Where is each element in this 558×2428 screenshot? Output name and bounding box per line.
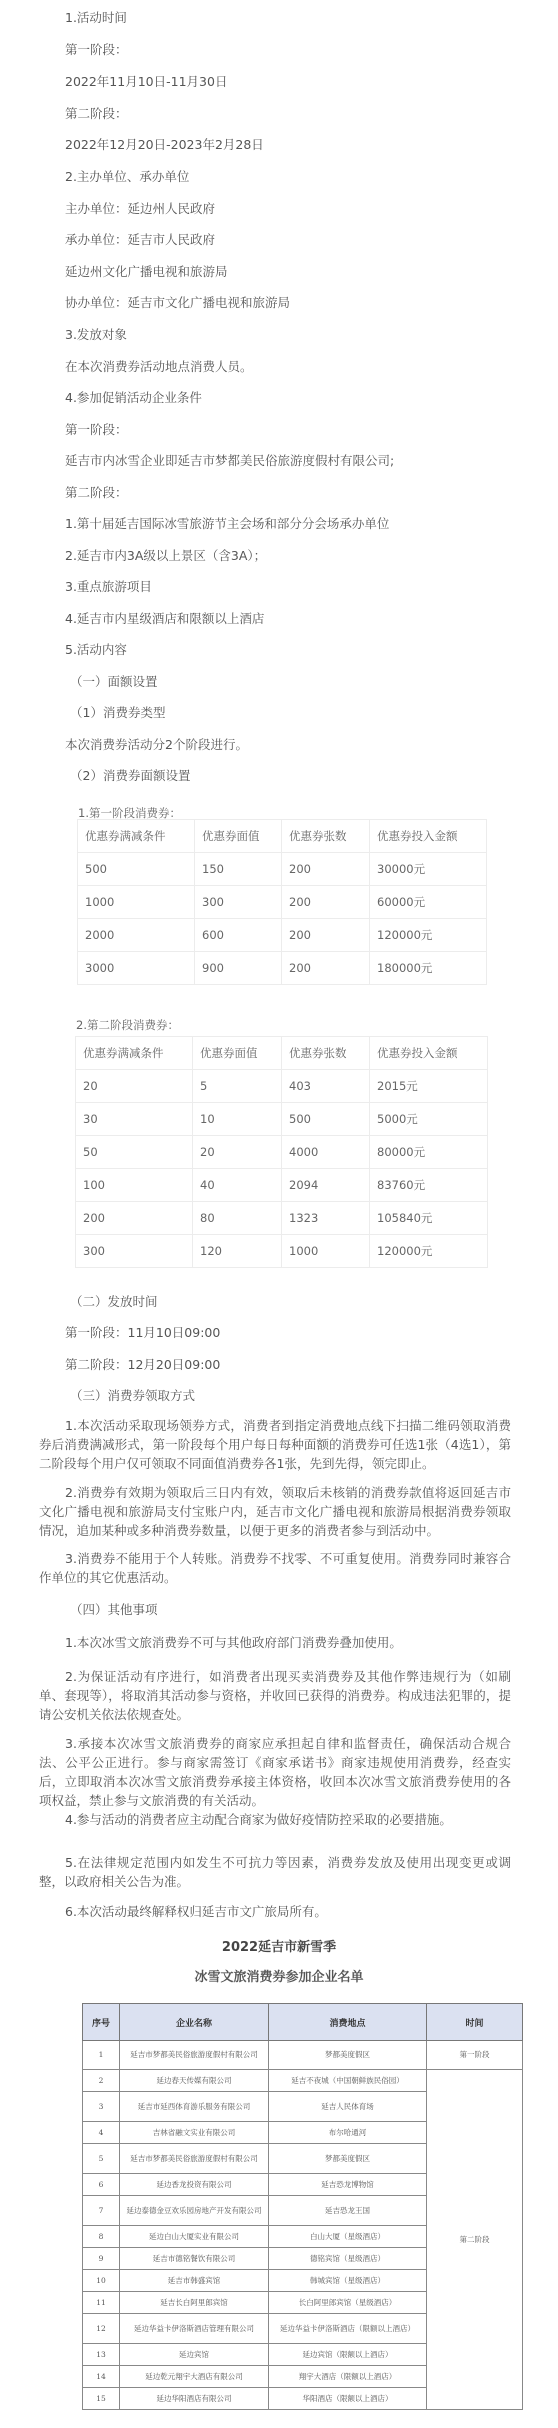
cell: 120 bbox=[193, 1235, 282, 1268]
cell: 200 bbox=[76, 1202, 193, 1235]
cell-company: 延吉市延西体育游乐服务有限公司 bbox=[120, 2092, 269, 2122]
cell: 1000 bbox=[78, 886, 195, 919]
cell: 5000元 bbox=[370, 1103, 488, 1136]
header-cell: 序号 bbox=[83, 2004, 120, 2041]
cell-company: 延吉市梦都美民俗旅游度假村有限公司 bbox=[120, 2144, 269, 2174]
table-row: 1000 300 200 60000元 bbox=[78, 886, 487, 919]
table-row: 500 150 200 30000元 bbox=[78, 853, 487, 886]
cell: 500 bbox=[282, 1103, 370, 1136]
cell-company: 延边白山大厦实业有限公司 bbox=[120, 2226, 269, 2248]
cell-location: 翔宇大酒店（限额以上酒店） bbox=[269, 2366, 427, 2388]
cell-index: 11 bbox=[83, 2292, 120, 2314]
organizer-unit-2: 延边州文化广播电视和旅游局 bbox=[65, 263, 228, 281]
cell: 2094 bbox=[282, 1169, 370, 1202]
phase2-label: 第二阶段： bbox=[65, 105, 128, 123]
cell: 40 bbox=[193, 1169, 282, 1202]
host-unit: 主办单位：延边州人民政府 bbox=[65, 200, 215, 218]
enterprise-list-title-1: 2022延吉市新雪季 bbox=[0, 1936, 558, 1955]
cell-index: 7 bbox=[83, 2196, 120, 2226]
cell-company: 延吉市韩盛宾馆 bbox=[120, 2270, 269, 2292]
subheading-other-matters: （四）其他事项 bbox=[70, 1601, 158, 1619]
phase2-coupon-table: 优惠券满减条件 优惠券面值 优惠券张数 优惠券投入金额 20 5 403 201… bbox=[75, 1036, 488, 1268]
table-row: 200 80 1323 105840元 bbox=[76, 1202, 488, 1235]
cell: 1000 bbox=[282, 1235, 370, 1268]
cell-company: 延吉市德铭餐饮有限公司 bbox=[120, 2248, 269, 2270]
coupon-type-text: 本次消费券活动分2个阶段进行。 bbox=[65, 736, 248, 754]
other-paragraph-2: 2.为保证活动有序进行，如消费者出现买卖消费券及其他作弊违规行为（如刷单、套现等… bbox=[39, 1667, 511, 1724]
other-paragraph-6: 6.本次活动最终解释权归延吉市文广旅局所有。 bbox=[39, 1902, 511, 1921]
cell-location: 梦都美度假区 bbox=[269, 2041, 427, 2070]
header-cell: 优惠券投入金额 bbox=[370, 820, 487, 853]
cell-phase: 第一阶段 bbox=[427, 2041, 523, 2070]
table-row: 30 10 500 5000元 bbox=[76, 1103, 488, 1136]
cell: 60000元 bbox=[370, 886, 487, 919]
cell: 300 bbox=[76, 1235, 193, 1268]
header-cell: 时间 bbox=[427, 2004, 523, 2041]
table-row: 300 120 1000 120000元 bbox=[76, 1235, 488, 1268]
enterprise-list-title-2: 冰雪文旅消费券参加企业名单 bbox=[0, 1966, 558, 1985]
conditions-phase1-label: 第一阶段： bbox=[65, 421, 128, 439]
cell-location: 韩城宾馆（星级酒店） bbox=[269, 2270, 427, 2292]
conditions-phase2-label: 第二阶段： bbox=[65, 484, 128, 502]
cell-location: 延吉人民体育场 bbox=[269, 2092, 427, 2122]
subheading-issue-time: （二）发放时间 bbox=[70, 1293, 158, 1311]
section-heading-activity-time: 1.活动时间 bbox=[65, 9, 127, 27]
subheading-denomination: （一）面额设置 bbox=[70, 673, 158, 691]
cell-index: 6 bbox=[83, 2174, 120, 2196]
section-heading-content: 5.活动内容 bbox=[65, 641, 127, 659]
table-row: 20 5 403 2015元 bbox=[76, 1070, 488, 1103]
table-row: 50 20 4000 80000元 bbox=[76, 1136, 488, 1169]
cell-phase: 第二阶段 bbox=[427, 2070, 523, 2410]
cell-company: 延边泰德金豆欢乐园房地产开发有限公司 bbox=[120, 2196, 269, 2226]
cell-company: 吉林省融文实业有限公司 bbox=[120, 2122, 269, 2144]
header-cell: 优惠券面值 bbox=[193, 1037, 282, 1070]
cell-company: 延吉长白阿里郎宾馆 bbox=[120, 2292, 269, 2314]
cell-location: 梦都美度假区 bbox=[269, 2144, 427, 2174]
table-row: 2 延边春天传媒有限公司 延吉不夜城（中国朝鲜族民俗园） 第二阶段 bbox=[83, 2070, 523, 2092]
table-row: 1 延吉市梦都美民俗旅游度假村有限公司 梦都美度假区 第一阶段 bbox=[83, 2041, 523, 2070]
cell: 3000 bbox=[78, 952, 195, 985]
cell: 200 bbox=[282, 853, 370, 886]
header-cell: 优惠券投入金额 bbox=[370, 1037, 488, 1070]
cell: 10 bbox=[193, 1103, 282, 1136]
conditions-item: 1.第十届延吉国际冰雪旅游节主会场和部分分会场承办单位 bbox=[65, 515, 389, 533]
cell: 1323 bbox=[282, 1202, 370, 1235]
cell: 200 bbox=[282, 886, 370, 919]
cell: 200 bbox=[282, 952, 370, 985]
cell: 5 bbox=[193, 1070, 282, 1103]
cell-location: 延吉恐龙博物馆 bbox=[269, 2174, 427, 2196]
header-cell: 优惠券张数 bbox=[282, 1037, 370, 1070]
organizer-unit: 承办单位：延吉市人民政府 bbox=[65, 231, 215, 249]
other-paragraph-3: 3.承接本次冰雪文旅消费券的商家应承担起自律和监督责任，确保活动合规合法、公平公… bbox=[39, 1734, 511, 1810]
issue-phase2: 第二阶段：12月20日09:00 bbox=[65, 1356, 220, 1374]
cell: 300 bbox=[195, 886, 282, 919]
phase1-dates: 2022年11月10日-11月30日 bbox=[65, 73, 227, 91]
claim-paragraph-2: 2.消费券有效期为领取后三日内有效，领取后未核销的消费券款值将返回延吉市文化广播… bbox=[39, 1483, 511, 1540]
table-header-row: 优惠券满减条件 优惠券面值 优惠券张数 优惠券投入金额 bbox=[76, 1037, 488, 1070]
section-heading-organizers: 2.主办单位、承办单位 bbox=[65, 168, 189, 186]
header-cell: 优惠券面值 bbox=[195, 820, 282, 853]
cell-company: 延边华阳酒店有限公司 bbox=[120, 2388, 269, 2410]
cell: 2015元 bbox=[370, 1070, 488, 1103]
conditions-phase1-text: 延吉市内冰雪企业即延吉市梦都美民俗旅游度假村有限公司; bbox=[65, 452, 394, 470]
header-cell: 优惠券满减条件 bbox=[76, 1037, 193, 1070]
cell-index: 3 bbox=[83, 2092, 120, 2122]
cell-company: 延边华益卡伊洛斯酒店管理有限公司 bbox=[120, 2314, 269, 2344]
co-organizer-unit: 协办单位：延吉市文化广播电视和旅游局 bbox=[65, 294, 290, 312]
cell-location: 延边华益卡伊洛斯酒店（限额以上酒店） bbox=[269, 2314, 427, 2344]
other-paragraph-1: 1.本次冰雪文旅消费券不可与其他政府部门消费券叠加使用。 bbox=[39, 1633, 511, 1652]
cell-location: 德铭宾馆（星级酒店） bbox=[269, 2248, 427, 2270]
cell-company: 延边乾元翔宇大酒店有限公司 bbox=[120, 2366, 269, 2388]
cell: 80 bbox=[193, 1202, 282, 1235]
header-cell: 企业名称 bbox=[120, 2004, 269, 2041]
cell: 4000 bbox=[282, 1136, 370, 1169]
cell-company: 延边香龙投资有限公司 bbox=[120, 2174, 269, 2196]
cell-location: 延边宾馆（限额以上酒店） bbox=[269, 2344, 427, 2366]
cell-index: 15 bbox=[83, 2388, 120, 2410]
table-header-row: 序号 企业名称 消费地点 时间 bbox=[83, 2004, 523, 2041]
cell-index: 12 bbox=[83, 2314, 120, 2344]
conditions-item: 4.延吉市内星级酒店和限额以上酒店 bbox=[65, 610, 264, 628]
cell: 900 bbox=[195, 952, 282, 985]
cell-location: 延吉恐龙王国 bbox=[269, 2196, 427, 2226]
header-cell: 优惠券满减条件 bbox=[78, 820, 195, 853]
cell: 100 bbox=[76, 1169, 193, 1202]
cell: 120000元 bbox=[370, 919, 487, 952]
cell-index: 10 bbox=[83, 2270, 120, 2292]
phase1-coupon-table: 优惠券满减条件 优惠券面值 优惠券张数 优惠券投入金额 500 150 200 … bbox=[77, 819, 487, 985]
cell: 403 bbox=[282, 1070, 370, 1103]
subheading-denomination-setup: （2）消费券面额设置 bbox=[70, 767, 190, 785]
table-row: 2000 600 200 120000元 bbox=[78, 919, 487, 952]
cell: 105840元 bbox=[370, 1202, 488, 1235]
cell-index: 5 bbox=[83, 2144, 120, 2174]
cell-location: 长白阿里郎宾馆（星级酒店） bbox=[269, 2292, 427, 2314]
cell: 20 bbox=[193, 1136, 282, 1169]
cell: 80000元 bbox=[370, 1136, 488, 1169]
table-row: 100 40 2094 83760元 bbox=[76, 1169, 488, 1202]
conditions-item: 3.重点旅游项目 bbox=[65, 578, 152, 596]
header-cell: 消费地点 bbox=[269, 2004, 427, 2041]
table-row: 3000 900 200 180000元 bbox=[78, 952, 487, 985]
phase1-label: 第一阶段： bbox=[65, 41, 128, 59]
other-paragraph-5: 5.在法律规定范围内如发生不可抗力等因素，消费券发放及使用出现变更或调整，以政府… bbox=[39, 1853, 511, 1891]
cell-index: 9 bbox=[83, 2248, 120, 2270]
cell-location: 华阳酒店（限额以上酒店） bbox=[269, 2388, 427, 2410]
header-cell: 优惠券张数 bbox=[282, 820, 370, 853]
cell: 120000元 bbox=[370, 1235, 488, 1268]
cell-location: 延吉不夜城（中国朝鲜族民俗园） bbox=[269, 2070, 427, 2092]
cell: 50 bbox=[76, 1136, 193, 1169]
cell-company: 延吉市梦都美民俗旅游度假村有限公司 bbox=[120, 2041, 269, 2070]
cell-company: 延边春天传媒有限公司 bbox=[120, 2070, 269, 2092]
cell: 150 bbox=[195, 853, 282, 886]
cell: 200 bbox=[282, 919, 370, 952]
table-header-row: 优惠券满减条件 优惠券面值 优惠券张数 优惠券投入金额 bbox=[78, 820, 487, 853]
cell-index: 14 bbox=[83, 2366, 120, 2388]
cell-index: 4 bbox=[83, 2122, 120, 2144]
section-heading-conditions: 4.参加促销活动企业条件 bbox=[65, 389, 202, 407]
cell-location: 布尔哈通河 bbox=[269, 2122, 427, 2144]
claim-paragraph-3: 3.消费券不能用于个人转账。消费券不找零、不可重复使用。消费券同时兼容合作单位的… bbox=[39, 1549, 511, 1587]
cell-index: 2 bbox=[83, 2070, 120, 2092]
target-text: 在本次消费券活动地点消费人员。 bbox=[65, 358, 253, 376]
table2-label: 2.第二阶段消费券： bbox=[76, 1017, 179, 1033]
cell: 500 bbox=[78, 853, 195, 886]
cell-company: 延边宾馆 bbox=[120, 2344, 269, 2366]
enterprise-list-table: 序号 企业名称 消费地点 时间 1 延吉市梦都美民俗旅游度假村有限公司 梦都美度… bbox=[82, 2003, 523, 2410]
cell: 20 bbox=[76, 1070, 193, 1103]
cell: 180000元 bbox=[370, 952, 487, 985]
cell: 30 bbox=[76, 1103, 193, 1136]
subheading-claim-method: （三）消费券领取方式 bbox=[70, 1387, 195, 1405]
subheading-coupon-type: （1）消费券类型 bbox=[70, 704, 165, 722]
phase2-dates: 2022年12月20日-2023年2月28日 bbox=[65, 136, 264, 154]
claim-paragraph-1: 1.本次活动采取现场领券方式，消费者到指定消费地点线下扫描二维码领取消费券后消费… bbox=[39, 1416, 511, 1473]
cell: 30000元 bbox=[370, 853, 487, 886]
cell-index: 1 bbox=[83, 2041, 120, 2070]
issue-phase1: 第一阶段：11月10日09:00 bbox=[65, 1324, 220, 1342]
conditions-item: 2.延吉市内3A级以上景区（含3A）； bbox=[65, 547, 266, 565]
cell-index: 8 bbox=[83, 2226, 120, 2248]
other-paragraph-4: 4.参与活动的消费者应主动配合商家为做好疫情防控采取的必要措施。 bbox=[39, 1810, 511, 1829]
cell: 83760元 bbox=[370, 1169, 488, 1202]
section-heading-target: 3.发放对象 bbox=[65, 326, 127, 344]
cell-location: 白山大厦（星级酒店） bbox=[269, 2226, 427, 2248]
cell: 2000 bbox=[78, 919, 195, 952]
cell-index: 13 bbox=[83, 2344, 120, 2366]
cell: 600 bbox=[195, 919, 282, 952]
